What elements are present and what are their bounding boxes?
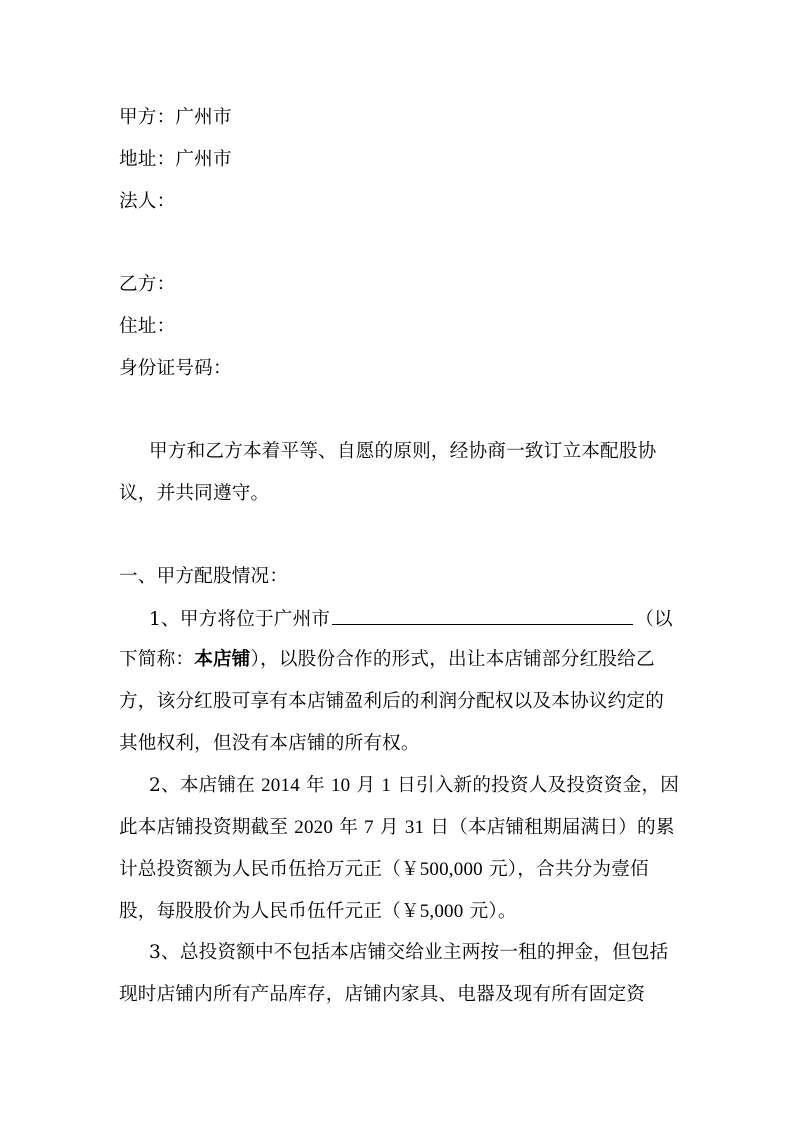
end-day: 31: [405, 817, 424, 838]
share-price-amount: 5,000: [420, 901, 464, 922]
clause-2-line-2: 此本店铺投资期截至 2020 年 7 月 31 日（本店铺租期届满日）的累: [119, 816, 675, 840]
party-b-label: 乙方：: [119, 274, 175, 295]
preamble-line-2: 议，并共同遵守。: [119, 482, 269, 506]
clause-1-line-2: 下简称：本店铺），以股份合作的形式，出让本店铺部分红股给乙: [119, 648, 655, 672]
clause-1-line-2-b: ），以股份合作的形式，出让本店铺部分红股给乙: [251, 649, 655, 670]
party-a-label: 甲方：: [119, 107, 175, 128]
party-b-id-line: 身份证号码：: [119, 357, 232, 381]
clause-2-line-4: 股，每股股价为人民币伍仟元正（￥5,000 元）。: [119, 900, 517, 924]
party-a-legal-rep-label: 法人：: [119, 191, 175, 212]
end-year: 2020: [294, 817, 333, 838]
clause-1-line-2-a: 下简称：: [119, 649, 194, 670]
clause-2-line-3-a: 计总投资额为人民币伍拾万元正（￥: [119, 859, 420, 880]
preamble-line-1: 甲方和乙方本着平等、自愿的原则，经协商一致订立本配股协: [149, 440, 656, 464]
party-b-id-label: 身份证号码：: [119, 358, 232, 379]
clause-1-line-4: 其他权利，但没有本店铺的所有权。: [119, 732, 420, 756]
clause-3-line-2: 现时店铺内所有产品库存，店铺内家具、电器及现有所有固定资: [119, 983, 645, 1007]
document-page: 甲方：广州市 地址：广州市 法人： 乙方： 住址： 身份证号码： 甲方和乙方本着…: [0, 0, 794, 1123]
text-year-2: 年: [333, 817, 364, 838]
party-a-address-value: 广州市: [175, 149, 231, 170]
party-b-address-label: 住址：: [119, 316, 175, 337]
clause-2-line-3-b: 元），合共分为壹佰: [483, 859, 649, 880]
party-a-legal-rep-line: 法人：: [119, 190, 175, 214]
clause-1-line-3: 方，该分红股可享有本店铺盈利后的利润分配权以及本协议约定的: [119, 690, 664, 714]
clause-2-line-1: 2、本店铺在 2014 年 10 月 1 日引入新的投资人及投资资金，因: [149, 774, 679, 798]
text-month-2: 月: [374, 817, 405, 838]
party-b-address-line: 住址：: [119, 315, 175, 339]
clause-2-line-2-a: 此本店铺投资期截至: [119, 817, 294, 838]
text-year: 年: [300, 775, 331, 796]
end-month: 7: [364, 817, 374, 838]
start-day: 1: [381, 775, 391, 796]
clause-2-line-4-b: 元）。: [463, 901, 516, 922]
party-a-address-line: 地址：广州市: [119, 148, 232, 172]
party-a-line: 甲方：广州市: [119, 106, 232, 130]
clause-2-line-2-d: 日（本店铺租期届满日）的累: [424, 817, 674, 838]
clause-2-line-1-d: 日引入新的投资人及投资资金，因: [391, 775, 679, 796]
clause-1-suffix: （以: [635, 609, 673, 630]
clause-2-line-3: 计总投资额为人民币伍拾万元正（￥500,000 元），合共分为壹佰: [119, 858, 649, 882]
clause-2-line-4-a: 股，每股股价为人民币伍仟元正（￥: [119, 901, 420, 922]
start-year: 2014: [261, 775, 300, 796]
party-b-line: 乙方：: [119, 273, 175, 297]
section-1-heading: 一、甲方配股情况：: [119, 565, 288, 589]
shop-short-name: 本店铺: [194, 649, 250, 670]
shop-address-blank: [332, 606, 633, 625]
clause-3-line-1: 3、总投资额中不包括本店铺交给业主两按一租的押金，但包括: [149, 941, 668, 965]
start-month: 10: [331, 775, 350, 796]
party-a-value: 广州市: [175, 107, 231, 128]
clause-1-prefix: 1、甲方将位于广州市: [149, 609, 330, 630]
total-investment-amount: 500,000: [420, 859, 483, 880]
clause-2-line-1-a: 2、本店铺在: [149, 775, 261, 796]
clause-1-line-1: 1、甲方将位于广州市（以: [149, 606, 673, 632]
text-month: 月: [350, 775, 381, 796]
party-a-address-label: 地址：: [119, 149, 175, 170]
